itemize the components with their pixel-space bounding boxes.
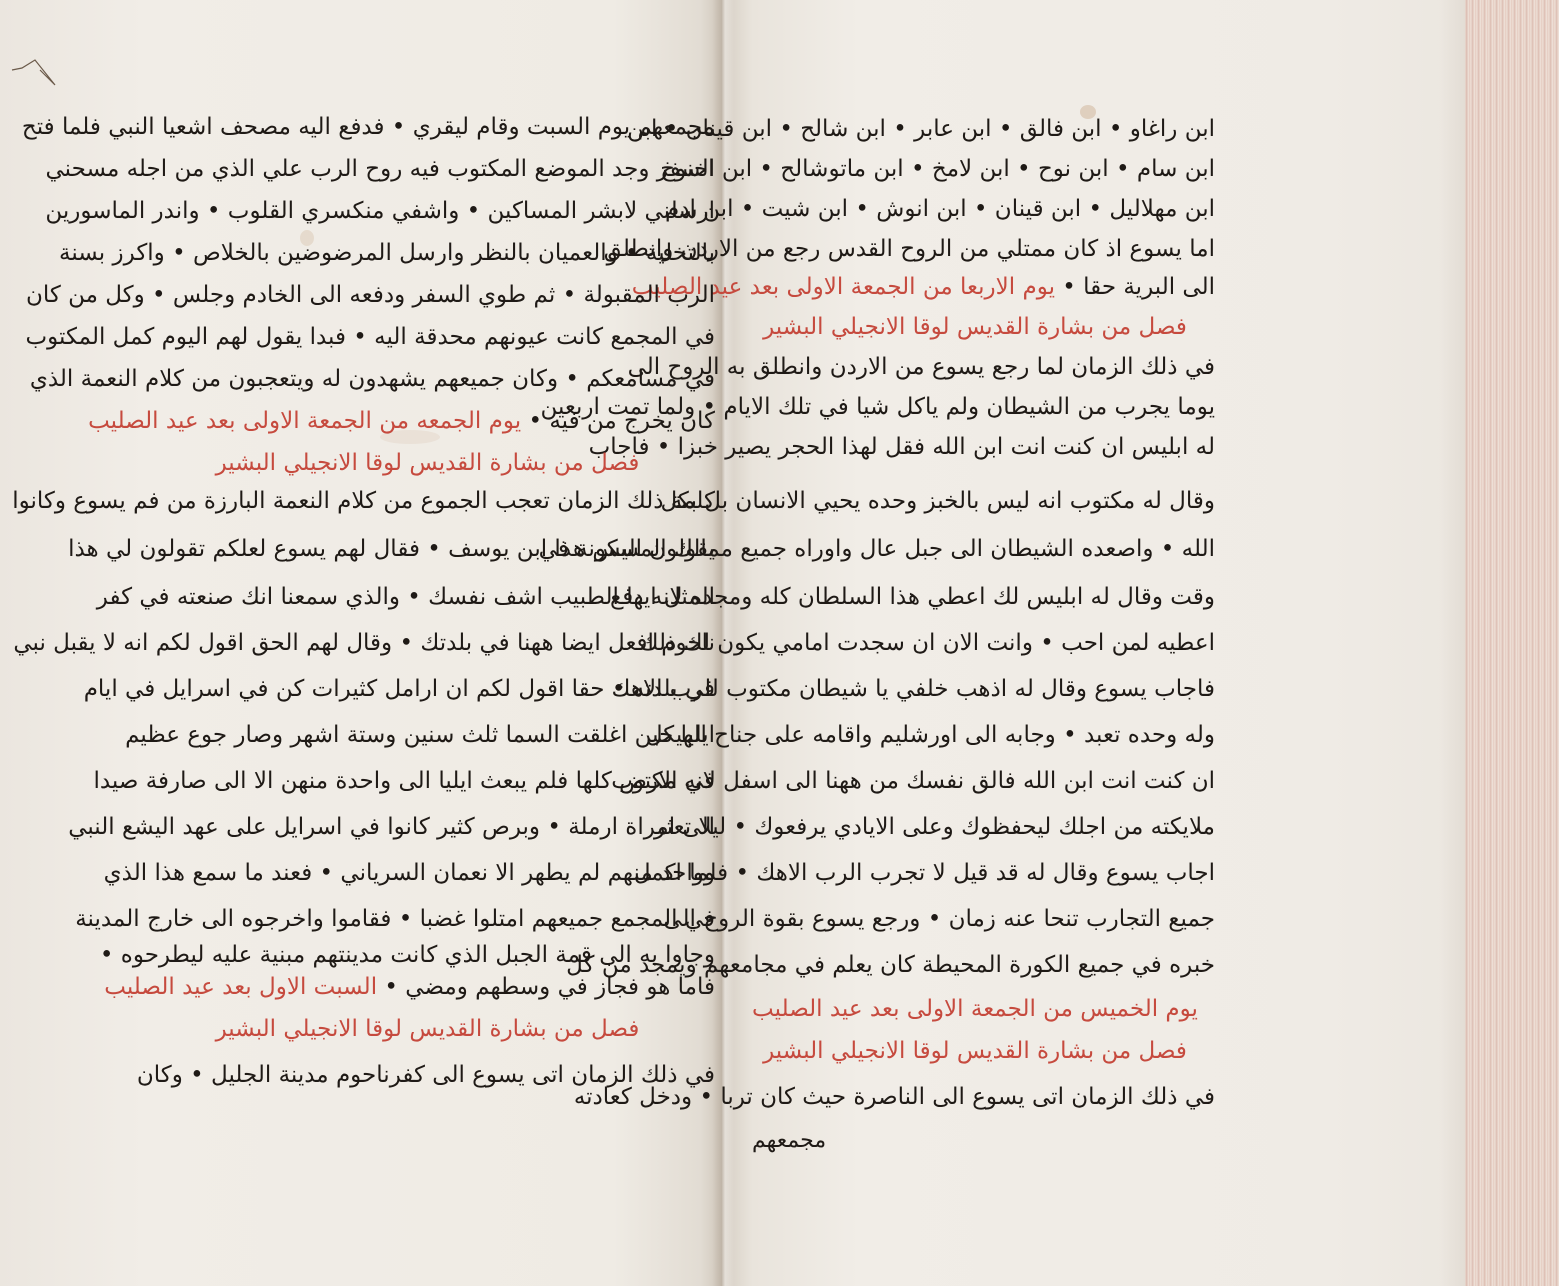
left-page-text: مجمعهم يوم السبت وقام ليقري • فدفع اليه … (140, 0, 715, 1286)
text-line: مجمعهم يوم السبت وقام ليقري • فدفع اليه … (22, 112, 715, 142)
text-line: ملايكته من اجلك ليحفظوك وعلى الايادي يرف… (654, 812, 1215, 842)
text-line: اعطيه لمن احب • وانت الان ان سجدت امامي … (640, 628, 1215, 658)
text-line-with-rubric: الى البرية حقا • يوم الاربعا من الجمعة ا… (632, 272, 1215, 302)
text-line: وواحد منهم لم يطهر الا نعمان السرياني • … (104, 858, 715, 888)
page-fore-edge (1465, 0, 1559, 1286)
text-line: الى امراة ارملة • وبرص كثير كانوا في اسر… (68, 812, 715, 842)
text-line: السفر وجد الموضع المكتوب فيه روح الرب عل… (45, 154, 715, 184)
text-line: ابن راغاو • ابن فالق • ابن عابر • ابن شا… (627, 114, 1215, 144)
text-line: في ذلك الزمان اتى يسوع الى كفرناحوم مدين… (137, 1060, 715, 1090)
text-line: في الارض كلها فلم يبعث ايليا الى واحدة م… (93, 766, 715, 796)
text-line-with-rubric: فاما هو فجاز في وسطهم ومضي • السبت الاول… (104, 972, 715, 1002)
rubric-heading: السبت الاول بعد عيد الصليب (104, 974, 377, 1000)
text-line: جميع التجارب تنحا عنه زمان • ورجع يسوع ب… (663, 904, 1215, 934)
text-line: في المجمع كانت عيونهم محدقة اليه • فبدا … (25, 322, 715, 352)
text-line: ناحوم افعل ايضا ههنا في بلدتك • وقال لهم… (13, 628, 715, 658)
text-segment: كان يخرج من فيه • (528, 408, 715, 434)
text-line: في ذلك الزمان لما رجع يسوع من الاردن وان… (628, 352, 1215, 382)
right-page-text: ابن راغاو • ابن فالق • ابن عابر • ابن شا… (735, 0, 1215, 1286)
catchword: مجمعهم (752, 1128, 826, 1153)
text-line: ايليا حين اغلقت السما ثلث سنين وستة اشهر… (125, 720, 715, 750)
text-line: في بلدته • حقا اقول لكم ان ارامل كثيرات … (84, 674, 715, 704)
text-line: وقال له مكتوب انه ليس بالخبز وحده يحيي ا… (660, 486, 1215, 516)
text-line: بالتخلية • والعميان بالنظر وارسل المرضوض… (59, 238, 715, 268)
text-line: وجاوا به الى قمة الجبل الذي كانت مدينتهم… (100, 940, 715, 970)
text-line: ابن سام • ابن نوح • ابن لامخ • ابن ماتوش… (660, 154, 1215, 184)
rubric-heading: فصل من بشارة القديس لوقا الانجيلي البشير (763, 1036, 1187, 1066)
text-line: يقولون اليس هذا ابن يوسف • فقال لهم يسوع… (68, 534, 715, 564)
manuscript-spread: ابن راغاو • ابن فالق • ابن عابر • ابن شا… (0, 0, 1559, 1286)
text-line: ابن مهلاليل • ابن قينان • ابن انوش • ابن… (665, 194, 1215, 224)
text-line: المثل ايها الطبيب اشف نفسك • والذي سمعنا… (97, 582, 715, 612)
text-line: ارسلني لابشر المساكين • واشفي منكسري الق… (45, 196, 715, 226)
text-line: في المجمع جميعهم امتلوا غضبا • فقاموا وا… (75, 904, 715, 934)
text-line: اجاب يسوع وقال له قد قيل لا تجرب الرب ال… (634, 858, 1215, 888)
rubric-heading: يوم الخميس من الجمعة الاولى بعد عيد الصل… (752, 994, 1198, 1024)
text-line: كلمة ذلك الزمان تعجب الجموع من كلام النع… (12, 486, 715, 516)
rubric-heading: فصل من بشارة القديس لوقا الانجيلي البشير (216, 1014, 640, 1044)
rubric-heading: يوم الجمعه من الجمعة الاولى بعد عيد الصل… (88, 408, 521, 434)
text-line: الرب المقبولة • ثم طوي السفر ودفعه الى ا… (26, 280, 715, 310)
text-line: وله وحده تعبد • وجابه الى اورشليم واقامه… (646, 720, 1215, 750)
pen-stroke-mark (10, 50, 60, 90)
rubric-heading: فصل من بشارة القديس لوقا الانجيلي البشير (216, 448, 640, 478)
text-line-with-rubric: كان يخرج من فيه • يوم الجمعه من الجمعة ا… (88, 406, 715, 436)
text-segment: فاما هو فجاز في وسطهم ومضي • (384, 974, 715, 1000)
text-segment: الى البرية حقا • (1062, 274, 1215, 300)
rubric-heading: فصل من بشارة القديس لوقا الانجيلي البشير (763, 312, 1187, 342)
text-line: في مسامعكم • وكان جميعهم يشهدون له ويتعج… (30, 364, 715, 394)
